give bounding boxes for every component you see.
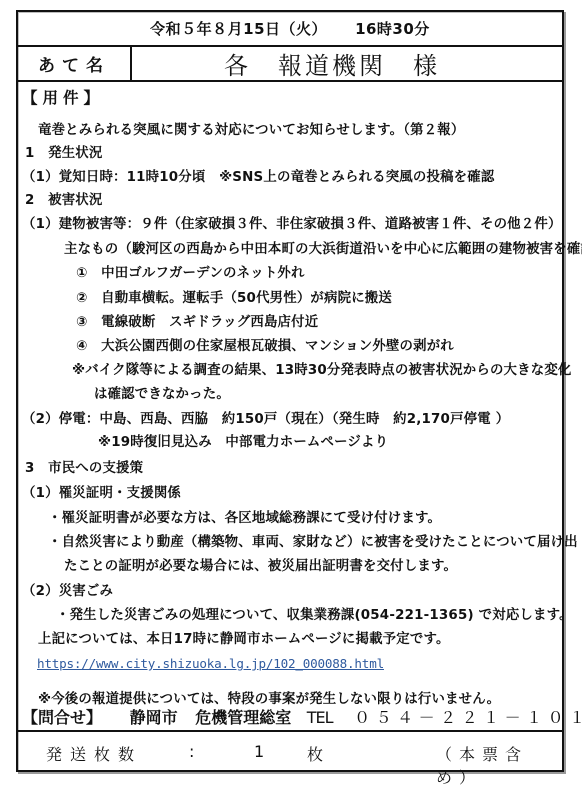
release-time: 16時30分 [355, 18, 430, 39]
section-3-heading: 3 市民への支援策 [25, 460, 143, 478]
section-1-heading: 1 発生状況 [25, 145, 102, 163]
send-count-colon: : [189, 742, 194, 761]
main-damage-note: 主なもの（駿河区の西島から中田本町の大浜街道沿いを中心に広範囲の建物被害を確認） [64, 241, 582, 259]
contact-department: 危機管理総室 [195, 705, 291, 728]
contact-label: 【問合せ】 [22, 705, 102, 728]
power-outage: （2）停電：中島、西島、西脇 約150戸（現在）（発生時 約2,170戸停電 ） [22, 411, 509, 429]
send-count-row: 発送枚数 : 1 枚 （本票含め） [18, 732, 562, 770]
document-body: 【用件】 竜巻とみられる突風に関する対応についてお知らせします。（第２報） 1 … [18, 82, 562, 732]
send-count-label: 発送枚数 [46, 742, 142, 765]
addressee-label: あて名 [18, 47, 132, 80]
press-release-frame: 令和５年８月15日（火） 16時30分 あて名 各 報道機関 様 【用件】 竜巻… [16, 10, 564, 772]
survey-note-line-1: ※バイク隊等による調査の結果、13時30分発表時点の被害状況からの大きな変化 [72, 362, 572, 380]
addressee-value: 各 報道機関 様 [132, 47, 562, 80]
damage-item-4: ④ 大浜公園西側の住家屋根瓦破損、マンション外壁の剥がれ [76, 338, 454, 356]
contact-organization: 静岡市 [130, 705, 178, 728]
contact-row: 【問合せ】 静岡市 危機管理総室 TEL ０５４－２２１－１０１２ [18, 702, 562, 732]
damage-item-1: ① 中田ゴルフガーデンのネット外れ [76, 265, 305, 283]
contact-phone-number: ０５４－２２１－１０１２ [354, 705, 582, 728]
certificate-info: ・罹災証明書が必要な方は、各区地域総務課にて受け付けます。 [48, 510, 441, 528]
damage-item-3: ③ 電線破断 スギドラッグ西島店付近 [76, 314, 318, 332]
disaster-waste-info: ・発生した災害ごみの処理について、収集業務課(054-221-1365) で対応… [56, 607, 573, 625]
city-website-link[interactable]: https://www.city.shizuoka.lg.jp/102_0000… [37, 655, 384, 673]
detection-time: （1）覚知日時：11時10分頃 ※SNS上の竜巻とみられる突風の投稿を確認 [22, 169, 494, 187]
website-notice: 上記については、本日17時に静岡市ホームページに掲載予定です。 [38, 631, 450, 649]
addressee-row: あて名 各 報道機関 様 [18, 47, 562, 82]
disaster-certificate-heading: （1）罹災証明・支援関係 [22, 485, 181, 503]
movable-property-line-2: たことの証明が必要な場合には、被災届出証明書を交付します。 [64, 558, 457, 576]
movable-property-line-1: ・自然災害により動産（構築物、車両、家財など）に被害を受けたことについて届け出 [48, 534, 578, 552]
power-restoration-note: ※19時復旧見込み 中部電力ホームページより [98, 434, 388, 452]
release-date: 令和５年８月15日（火） [150, 18, 327, 39]
date-row: 令和５年８月15日（火） 16時30分 [18, 12, 562, 47]
section-2-heading: 2 被害状況 [25, 192, 102, 210]
send-count-number: 1 [254, 742, 264, 761]
damage-item-2: ② 自動車横転。運転手（50代男性）が病院に搬送 [76, 290, 392, 308]
disaster-waste-heading: （2）災害ごみ [22, 583, 113, 601]
building-damage-summary: （1）建物被害等：９件（住家破損３件、非住家破損３件、道路被害１件、その他２件） [22, 216, 562, 234]
intro-text: 竜巻とみられる突風に関する対応についてお知らせします。（第２報） [38, 122, 464, 140]
survey-note-line-2: は確認できなかった。 [94, 386, 230, 404]
contact-tel-label: TEL [307, 708, 333, 727]
subject-heading: 【用件】 [22, 89, 104, 107]
send-count-note: （本票含め） [436, 742, 562, 788]
send-count-unit: 枚 [307, 742, 323, 765]
